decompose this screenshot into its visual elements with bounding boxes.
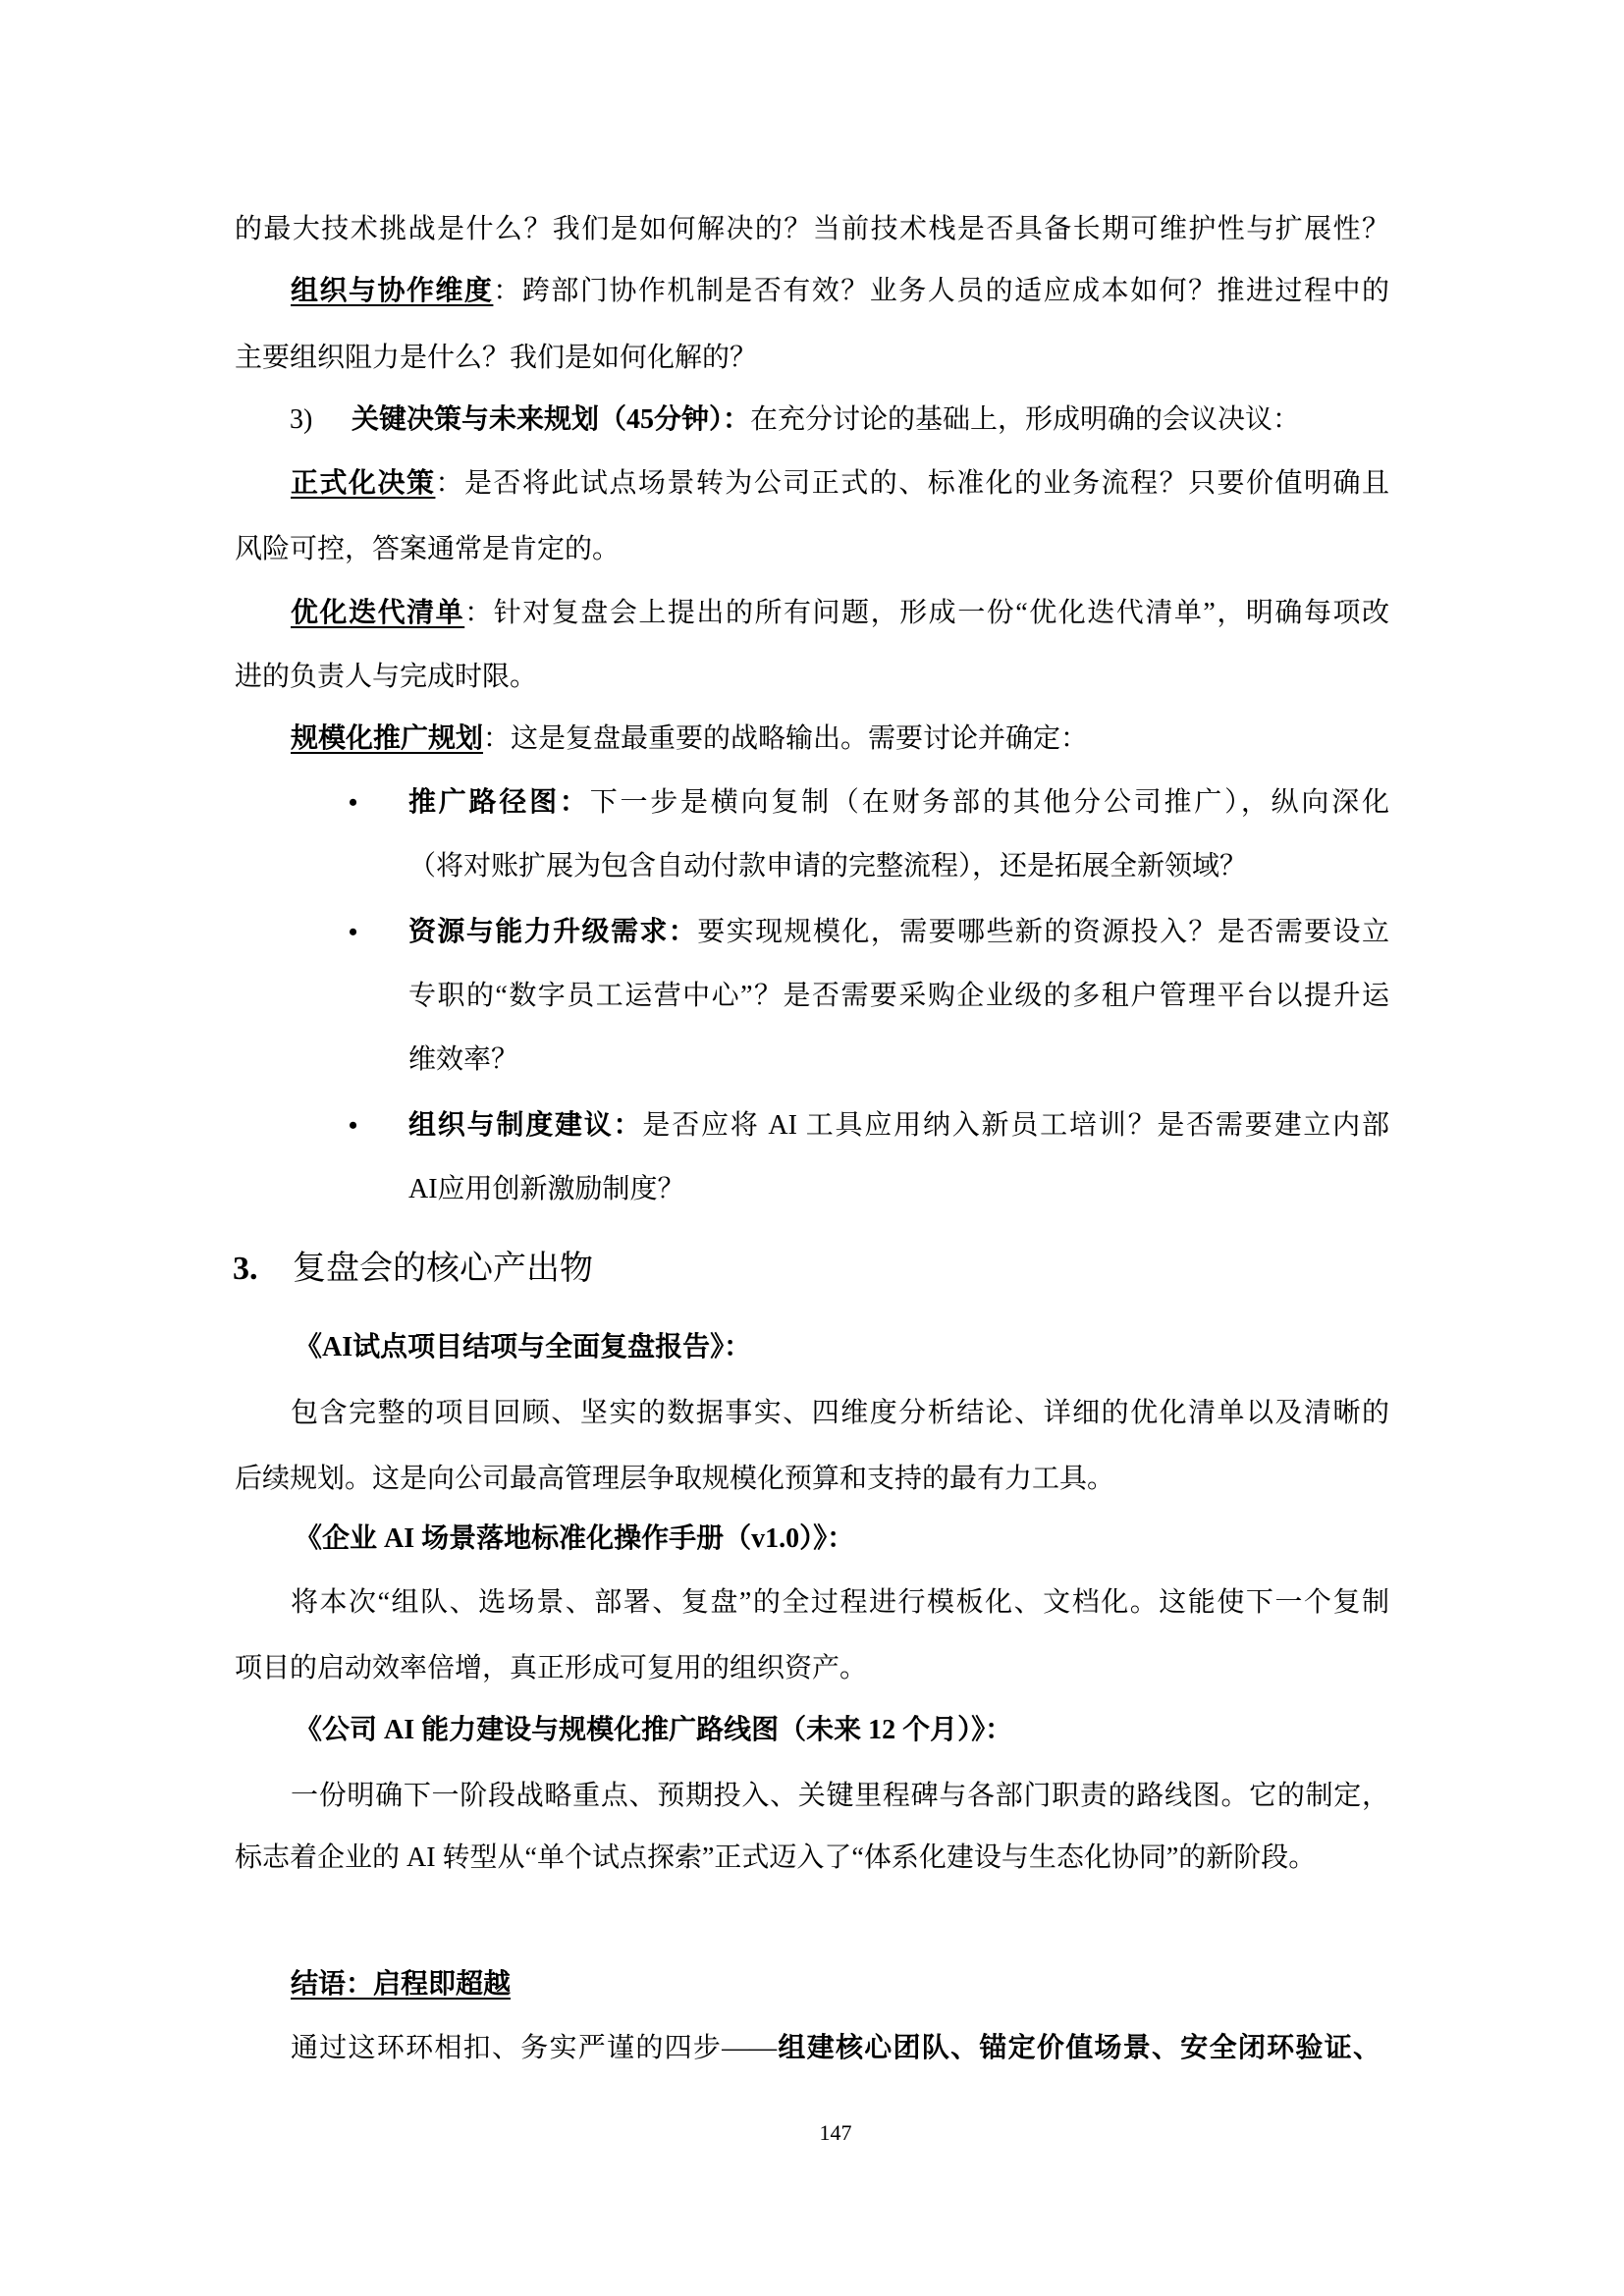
output-description: 项目的启动效率倍增，真正形成可复用的组织资产。 (235, 1649, 867, 1688)
document-page: 的最大技术挑战是什么？我们是如何解决的？当前技术栈是否具备长期可维护性与扩展性？… (0, 0, 1624, 2296)
paragraph-line: 的最大技术挑战是什么？我们是如何解决的？当前技术栈是否具备长期可维护性与扩展性？ (235, 210, 1389, 249)
bullet-icon: • (349, 1106, 357, 1146)
output-description: 后续规划。这是向公司最高管理层争取规模化预算和支持的最有力工具。 (235, 1460, 1114, 1499)
conclusion-paragraph: 通过这环环相扣、务实严谨的四步——组建核心团队、锚定价值场景、安全闭环验证、 (291, 2029, 1380, 2068)
optimization-text: 针对复盘会上提出的所有问题，形成一份“优化迭代清单”，明确每项改 (494, 598, 1389, 628)
bullet-continuation: 维效率？ (408, 1041, 518, 1080)
colon: ： (483, 723, 511, 754)
bullet-continuation: AI应用创新激励制度？ (408, 1170, 685, 1209)
output-description: 一份明确下一阶段战略重点、预期投入、关键里程碑与各部门职责的路线图。它的制定， (291, 1777, 1389, 1816)
org-dimension-label: 组织与协作维度 (291, 276, 493, 306)
conclusion-text: 通过这环环相扣、务实严谨的四步—— (291, 2033, 777, 2063)
bullet-title: 推广路径图： (408, 787, 590, 818)
conclusion-text-bold: 组建核心团队、锚定价值场景、安全闭环验证、 (777, 2033, 1380, 2063)
org-dimension-paragraph: 组织与协作维度：跨部门协作机制是否有效？业务人员的适应成本如何？推进过程中的 (291, 272, 1389, 311)
scale-plan-text: 这是复盘最重要的战略输出。需要讨论并确定： (511, 723, 1088, 754)
bullet-title: 组织与制度建议： (408, 1110, 642, 1141)
optimization-label: 优化迭代清单 (291, 598, 464, 628)
conclusion-heading: 结语：启程即超越 (291, 1965, 511, 2004)
step-text: 在充分讨论的基础上，形成明确的会议决议： (750, 404, 1300, 435)
step-3-item: 3)关键决策与未来规划（45分钟）：在充分讨论的基础上，形成明确的会议决议： (290, 400, 1300, 440)
paragraph-line: 风险可控，答案通常是肯定的。 (235, 530, 620, 569)
section-number: 3. (233, 1247, 293, 1292)
step-title: 关键决策与未来规划（45分钟）： (352, 404, 750, 435)
bullet-text: 要实现规模化，需要哪些新的资源投入？是否需要设立 (697, 917, 1389, 947)
output-description: 包含完整的项目回顾、坚实的数据事实、四维度分析结论、详细的优化清单以及清晰的 (291, 1394, 1389, 1433)
formalization-text: 是否将此试点场景转为公司正式的、标准化的业务流程？只要价值明确且 (464, 468, 1389, 499)
output-description: 标志着企业的 AI 转型从“单个试点探索”正式迈入了“体系化建设与生态化协同”的… (235, 1839, 1316, 1878)
output-title: 《企业 AI 场景落地标准化操作手册（v1.0）》： (295, 1520, 854, 1559)
bullet-icon: • (349, 913, 357, 952)
optimization-paragraph: 优化迭代清单：针对复盘会上提出的所有问题，形成一份“优化迭代清单”，明确每项改 (291, 594, 1389, 633)
bullet-text: 是否应将 AI 工具应用纳入新员工培训？是否需要建立内部 (642, 1110, 1389, 1141)
paragraph-line: 主要组织阻力是什么？我们是如何化解的？ (235, 339, 757, 378)
paragraph-line: 进的负责人与完成时限。 (235, 658, 537, 697)
bullet-item: 资源与能力升级需求：要实现规模化，需要哪些新的资源投入？是否需要设立 (408, 913, 1389, 952)
bullet-text: 下一步是横向复制（在财务部的其他分公司推广），纵向深化 (590, 787, 1389, 818)
formalization-label: 正式化决策 (291, 468, 435, 499)
scale-plan-label: 规模化推广规划 (291, 723, 483, 754)
bullet-item: 组织与制度建议：是否应将 AI 工具应用纳入新员工培训？是否需要建立内部 (408, 1106, 1389, 1146)
formalization-paragraph: 正式化决策：是否将此试点场景转为公司正式的、标准化的业务流程？只要价值明确且 (291, 464, 1389, 504)
bullet-item: 推广路径图：下一步是横向复制（在财务部的其他分公司推广），纵向深化 (408, 783, 1389, 823)
org-dimension-text: 跨部门协作机制是否有效？业务人员的适应成本如何？推进过程中的 (522, 276, 1389, 306)
bullet-continuation: 专职的“数字员工运营中心”？是否需要采购企业级的多租户管理平台以提升运 (408, 977, 1389, 1016)
bullet-title: 资源与能力升级需求： (408, 917, 697, 947)
section-heading: 3.复盘会的核心产出物 (233, 1247, 593, 1292)
colon: ： (493, 276, 522, 306)
bullet-icon: • (349, 783, 357, 823)
output-title: 《公司 AI 能力建设与规模化推广路线图（未来 12 个月）》： (295, 1711, 1012, 1750)
output-title: 《AI试点项目结项与全面复盘报告》： (295, 1328, 751, 1367)
page-number: 147 (796, 2118, 875, 2148)
colon: ： (464, 598, 494, 628)
colon: ： (435, 468, 464, 499)
bullet-continuation: （将对账扩展为包含自动付款申请的完整流程），还是拓展全新领域？ (408, 847, 1247, 886)
output-description: 将本次“组队、选场景、部署、复盘”的全过程进行模板化、文档化。这能使下一个复制 (291, 1583, 1389, 1623)
section-title: 复盘会的核心产出物 (293, 1251, 593, 1287)
step-number: 3) (290, 400, 352, 440)
scale-plan-paragraph: 规模化推广规划：这是复盘最重要的战略输出。需要讨论并确定： (291, 720, 1088, 759)
